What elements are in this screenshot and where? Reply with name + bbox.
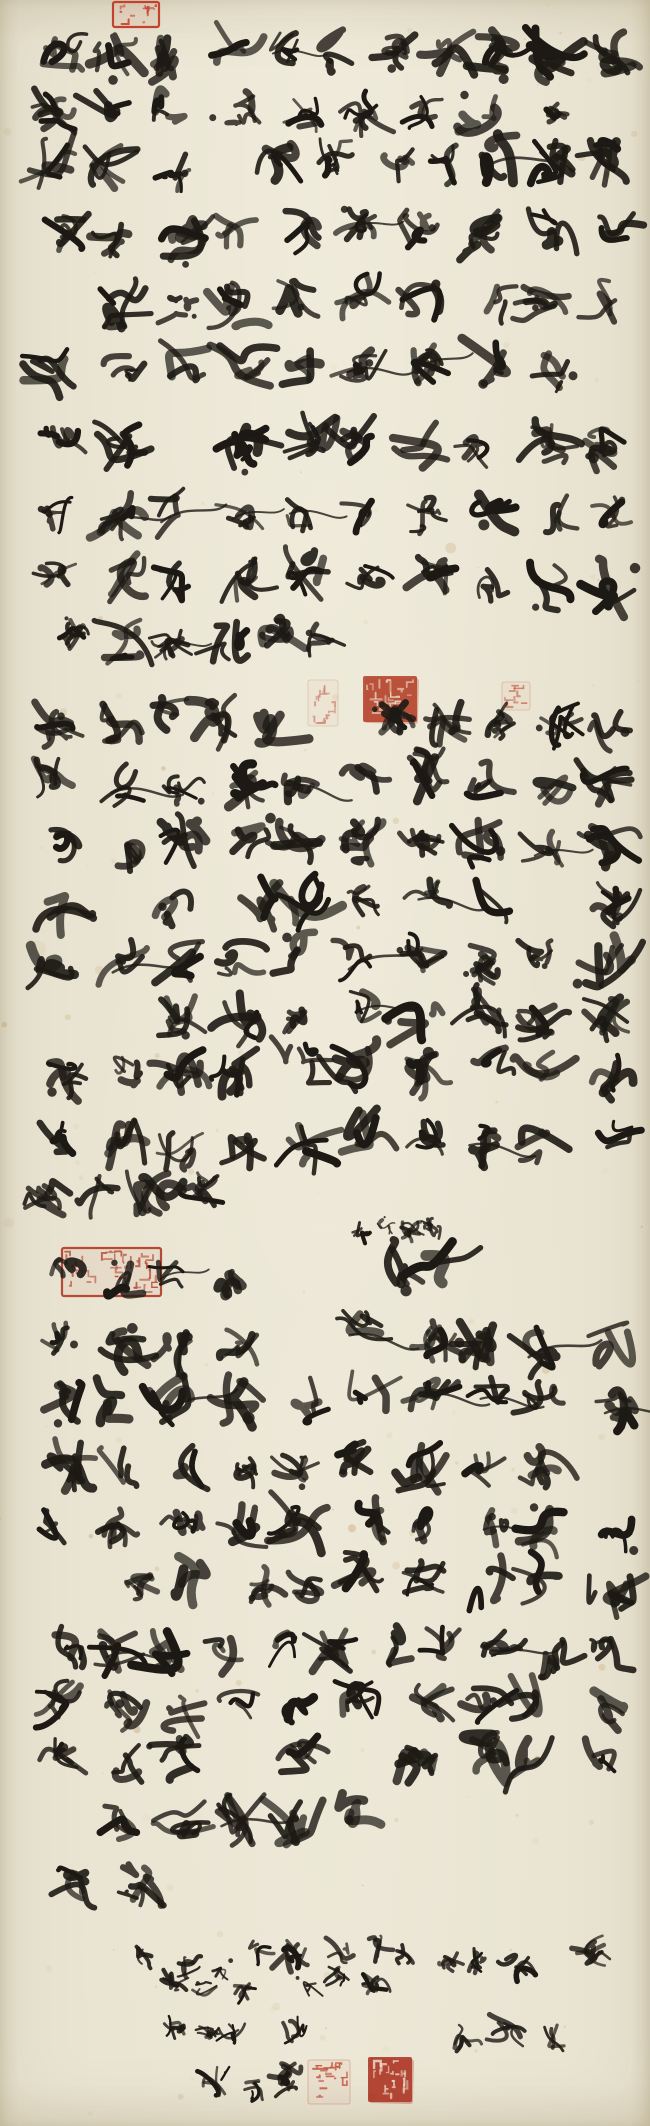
glyph xyxy=(285,500,348,535)
glyph xyxy=(545,495,577,532)
seal-section3-left xyxy=(62,1248,161,1296)
glyph xyxy=(90,1378,135,1427)
glyph xyxy=(273,932,315,973)
glyph xyxy=(412,1321,460,1362)
glyph xyxy=(125,1573,158,1601)
glyph xyxy=(572,927,643,1002)
glyph xyxy=(336,1442,371,1478)
glyph xyxy=(197,2067,229,2096)
glyph xyxy=(117,1864,168,1909)
glyph xyxy=(99,1443,137,1492)
glyph xyxy=(244,2080,262,2101)
glyph xyxy=(351,1221,371,1245)
glyph xyxy=(278,774,353,817)
glyph xyxy=(95,420,152,470)
glyph xyxy=(195,2022,220,2041)
glyph xyxy=(192,1980,217,1998)
glyph xyxy=(464,1731,509,1787)
glyph xyxy=(42,30,86,70)
glyph xyxy=(163,1694,207,1737)
glyph xyxy=(150,1735,204,1782)
glyph xyxy=(461,1688,518,1723)
calligraphy-row xyxy=(40,1035,634,1104)
seal-bottom-left xyxy=(308,2060,350,2104)
calligraphy-row xyxy=(39,412,629,479)
calligraphy-row xyxy=(163,2013,308,2043)
glyph xyxy=(339,1108,396,1152)
glyph xyxy=(304,1629,358,1674)
calligraphy-row xyxy=(42,1362,650,1431)
glyph xyxy=(333,200,404,241)
glyph xyxy=(87,219,130,259)
glyph xyxy=(296,1975,323,1997)
glyph xyxy=(113,1741,153,1783)
glyph xyxy=(464,759,514,799)
glyph xyxy=(32,758,73,799)
glyph xyxy=(384,1002,445,1045)
calligraphy-row xyxy=(96,270,621,339)
seal-layer xyxy=(62,2,530,2104)
glyph xyxy=(76,84,132,125)
calligraphy-row xyxy=(16,129,630,192)
glyph xyxy=(346,563,394,593)
artwork-canvas xyxy=(0,0,650,2126)
glyph xyxy=(223,759,279,816)
glyph xyxy=(334,1306,424,1351)
glyph xyxy=(393,926,448,976)
glyph xyxy=(116,841,144,872)
glyph xyxy=(393,1443,451,1497)
glyph xyxy=(19,347,76,404)
glyph xyxy=(399,1218,424,1243)
glyph xyxy=(369,1934,395,1962)
glyph xyxy=(178,1956,202,1977)
calligraphy-row xyxy=(28,921,643,1002)
glyph xyxy=(533,703,587,751)
glyph xyxy=(40,497,79,535)
glyph xyxy=(270,1446,324,1496)
calligraphy-row xyxy=(39,1492,642,1558)
seal-top xyxy=(113,2,159,27)
glyph xyxy=(284,412,337,462)
ink-layer xyxy=(16,22,650,2101)
glyph xyxy=(101,704,143,742)
glyph xyxy=(520,560,577,618)
seal-mid-left xyxy=(308,680,338,726)
glyph xyxy=(216,1271,243,1297)
glyph xyxy=(575,551,641,620)
glyph xyxy=(162,770,209,812)
glyph xyxy=(226,812,283,860)
calligraphy-row xyxy=(45,200,645,270)
glyph xyxy=(497,1951,535,1985)
glyph xyxy=(544,2025,564,2051)
glyph xyxy=(85,145,139,189)
glyph xyxy=(586,28,640,80)
glyph xyxy=(155,891,191,926)
glyph xyxy=(96,1507,139,1548)
glyph xyxy=(580,1739,620,1771)
glyph xyxy=(276,1125,341,1175)
glyph xyxy=(337,813,384,866)
glyph xyxy=(217,556,278,602)
glyph xyxy=(169,1556,209,1606)
glyph xyxy=(575,760,632,805)
glyph xyxy=(317,29,353,73)
glyph xyxy=(324,1967,348,1986)
glyph xyxy=(154,563,189,601)
glyph xyxy=(412,1684,453,1722)
glyph xyxy=(175,1444,215,1489)
glyph xyxy=(274,870,345,932)
glyph xyxy=(216,494,286,535)
glyph xyxy=(282,2016,308,2043)
calligraphy-row xyxy=(30,84,568,137)
calligraphy-row xyxy=(42,22,640,91)
glyph xyxy=(160,1505,205,1537)
glyph xyxy=(86,30,151,92)
calligraphy-row xyxy=(155,982,637,1052)
glyph xyxy=(153,291,201,328)
glyph xyxy=(485,2015,528,2047)
glyph xyxy=(583,425,628,472)
calligraphy-row xyxy=(43,1438,577,1496)
glyph xyxy=(222,1132,268,1172)
calligraphy-row xyxy=(32,1669,626,1738)
glyph xyxy=(407,1117,450,1156)
glyph xyxy=(180,1172,223,1206)
glyph xyxy=(50,1867,100,1908)
calligraphy-row xyxy=(135,1934,611,1985)
seal-bottom-right xyxy=(368,2057,414,2104)
glyph xyxy=(505,1738,552,1792)
glyph xyxy=(599,211,645,242)
glyph xyxy=(399,828,443,857)
glyph xyxy=(387,413,456,474)
glyph xyxy=(376,1214,397,1236)
glyph xyxy=(152,89,189,126)
calligraphy-row xyxy=(32,747,632,817)
glyph xyxy=(38,1736,86,1777)
glyph xyxy=(407,1046,451,1098)
glyph xyxy=(256,144,301,183)
glyph xyxy=(45,209,96,255)
glyph xyxy=(96,1319,157,1376)
glyph xyxy=(512,285,569,328)
glyph xyxy=(360,1968,390,1998)
glyph xyxy=(317,1035,388,1099)
glyph xyxy=(516,1004,571,1040)
glyph xyxy=(258,614,304,656)
glyph xyxy=(246,1941,275,1968)
glyph xyxy=(402,1560,445,1598)
glyph xyxy=(236,1458,257,1488)
glyph xyxy=(212,1955,234,1980)
glyph xyxy=(209,89,262,126)
glyph xyxy=(428,145,463,187)
glyph xyxy=(394,1747,436,1789)
glyph xyxy=(272,277,324,318)
glyph xyxy=(380,1625,412,1666)
calligraphy-row xyxy=(56,613,345,667)
glyph xyxy=(464,1453,505,1487)
glyph xyxy=(218,1688,262,1723)
glyph xyxy=(591,1633,634,1677)
glyph xyxy=(394,276,444,320)
glyph xyxy=(417,22,482,80)
calligraphy-row xyxy=(19,336,580,404)
glyph xyxy=(123,1170,184,1219)
glyph xyxy=(305,623,345,657)
glyph xyxy=(519,418,584,474)
calligraphy-row xyxy=(159,1967,390,2005)
glyph xyxy=(596,1119,642,1153)
glyph xyxy=(163,2013,186,2040)
glyph xyxy=(587,1573,646,1619)
glyph xyxy=(575,138,631,187)
glyph xyxy=(402,96,443,128)
glyph xyxy=(114,1055,141,1087)
calligraphy-row xyxy=(40,480,636,542)
glyph xyxy=(149,630,211,659)
glyph xyxy=(56,613,90,650)
glyph xyxy=(233,1983,255,2005)
glyph xyxy=(509,1316,605,1380)
glyph xyxy=(42,1380,82,1430)
glyph xyxy=(515,1503,565,1559)
glyph xyxy=(452,816,508,870)
glyph xyxy=(24,1177,72,1216)
glyph xyxy=(513,1380,565,1417)
glyph xyxy=(199,277,268,340)
glyph xyxy=(455,437,488,469)
glyph xyxy=(416,1623,463,1662)
glyph xyxy=(348,885,379,919)
glyph xyxy=(460,1554,518,1610)
glyph xyxy=(206,339,277,385)
glyph xyxy=(219,1329,262,1365)
glyph xyxy=(275,544,332,599)
glyph xyxy=(272,1940,309,1973)
calligraphy-row xyxy=(385,1233,481,1310)
glyph xyxy=(16,132,81,190)
glyph xyxy=(438,1952,465,1973)
glyph xyxy=(406,496,447,535)
glyph xyxy=(398,1233,480,1310)
glyph xyxy=(242,1564,286,1610)
glyph xyxy=(571,1935,611,1971)
calligraphy-row xyxy=(38,1729,620,1792)
calligraphy-row xyxy=(54,1623,633,1679)
glyph xyxy=(474,566,509,603)
glyph xyxy=(216,938,267,980)
glyph xyxy=(340,763,390,793)
glyph xyxy=(452,982,514,1037)
glyph xyxy=(160,217,219,271)
glyph xyxy=(155,341,208,382)
calligraphy-row xyxy=(50,1864,168,1909)
glyph xyxy=(41,1322,78,1354)
glyph xyxy=(201,1635,245,1677)
glyph xyxy=(214,423,284,479)
glyph xyxy=(451,1322,494,1368)
glyph xyxy=(186,690,246,754)
glyph xyxy=(208,22,265,71)
glyph xyxy=(466,1124,539,1176)
glyph xyxy=(267,822,322,863)
glyph xyxy=(331,348,413,383)
glyph xyxy=(103,1119,149,1167)
glyph xyxy=(101,552,152,604)
glyph xyxy=(578,816,646,874)
glyph xyxy=(279,350,322,384)
calligraphy-scroll: Chinese cursive-script calligraphy scrol… xyxy=(0,0,650,2126)
glyph xyxy=(148,480,230,537)
glyph xyxy=(473,1048,514,1076)
glyph xyxy=(40,1057,88,1104)
section-1 xyxy=(16,22,645,667)
glyph xyxy=(519,1445,578,1488)
glyph xyxy=(575,988,637,1046)
glyph xyxy=(293,1377,330,1424)
glyph xyxy=(216,215,257,247)
glyph xyxy=(331,1677,381,1719)
glyph xyxy=(96,277,153,332)
glyph xyxy=(155,995,206,1043)
glyph xyxy=(405,555,457,595)
glyph xyxy=(135,1947,151,1969)
glyph xyxy=(28,945,75,987)
glyph xyxy=(510,1045,576,1086)
glyph xyxy=(579,277,621,324)
glyph xyxy=(347,1370,401,1412)
glyph xyxy=(264,1631,298,1666)
calligraphy-row xyxy=(99,1786,381,1846)
glyph xyxy=(600,1517,642,1556)
glyph xyxy=(588,1691,625,1731)
section-3 xyxy=(32,1214,650,1908)
glyph xyxy=(151,1801,214,1841)
calligraphy-row xyxy=(451,2015,564,2052)
glyph xyxy=(207,1373,267,1430)
glyph xyxy=(103,352,147,384)
calligraphy-row xyxy=(24,1170,223,1219)
glyph xyxy=(339,90,394,137)
glyph xyxy=(332,270,390,318)
glyph xyxy=(32,1679,84,1727)
glyph xyxy=(94,620,152,665)
glyph xyxy=(95,936,186,985)
glyph xyxy=(334,1551,385,1594)
glyph xyxy=(587,708,634,754)
glyph xyxy=(155,940,202,983)
glyph xyxy=(288,1572,321,1601)
glyph xyxy=(43,1438,96,1493)
glyph xyxy=(209,989,271,1052)
glyph xyxy=(30,89,78,134)
glyph xyxy=(468,880,515,922)
glyph xyxy=(99,1805,137,1840)
glyph xyxy=(207,1049,264,1099)
glyph xyxy=(48,829,81,863)
glyph xyxy=(451,2022,482,2051)
glyph xyxy=(531,352,580,394)
glyph xyxy=(354,1496,393,1543)
glyph xyxy=(450,84,502,135)
glyph xyxy=(398,210,439,250)
calligraphy-row xyxy=(197,2061,305,2102)
glyph xyxy=(318,138,353,176)
glyph xyxy=(39,422,90,452)
glyph xyxy=(101,1691,147,1735)
section-2 xyxy=(24,690,646,1218)
glyph xyxy=(33,561,78,587)
glyph xyxy=(591,1054,634,1101)
glyph xyxy=(369,33,421,76)
glyph xyxy=(541,1639,585,1678)
glyph xyxy=(281,205,323,254)
glyph xyxy=(154,152,190,192)
calligraphy-row xyxy=(31,870,640,939)
glyph xyxy=(424,699,473,746)
glyph xyxy=(284,1008,305,1035)
glyph xyxy=(458,211,501,260)
glyph xyxy=(402,1374,492,1422)
glyph xyxy=(283,1692,314,1725)
glyph xyxy=(77,1176,118,1218)
glyph xyxy=(336,1786,381,1833)
glyph xyxy=(596,1390,650,1431)
glyph xyxy=(455,338,510,392)
glyph xyxy=(517,1127,570,1164)
glyph xyxy=(263,1797,324,1845)
glyph xyxy=(217,2021,245,2044)
glyph xyxy=(158,810,210,871)
glyph xyxy=(131,1626,190,1675)
glyph xyxy=(39,1510,66,1543)
glyph xyxy=(528,202,577,260)
glyph xyxy=(275,1729,330,1782)
glyph xyxy=(31,891,96,939)
calligraphy-row xyxy=(40,1108,642,1177)
glyph xyxy=(33,695,83,748)
glyph xyxy=(195,616,253,667)
glyph xyxy=(157,1132,203,1170)
glyph xyxy=(517,27,587,88)
glyph xyxy=(409,747,448,801)
glyph xyxy=(413,1510,429,1541)
glyph xyxy=(151,1327,192,1376)
glyph xyxy=(463,945,500,984)
calligraphy-row xyxy=(33,544,642,620)
glyph xyxy=(254,712,311,748)
calligraphy-row xyxy=(48,810,646,873)
glyph xyxy=(469,494,520,536)
glyph xyxy=(262,1492,331,1553)
glyph xyxy=(283,95,324,132)
glyph xyxy=(40,1123,73,1154)
glyph xyxy=(589,880,640,930)
glyph xyxy=(149,38,176,82)
glyph xyxy=(531,140,574,184)
glyph xyxy=(268,2061,305,2097)
glyph xyxy=(54,1626,85,1667)
glyph xyxy=(534,774,574,806)
glyph xyxy=(322,1938,355,1964)
glyph xyxy=(379,143,415,183)
glyph xyxy=(396,1944,413,1964)
calligraphy-row xyxy=(125,1549,646,1619)
